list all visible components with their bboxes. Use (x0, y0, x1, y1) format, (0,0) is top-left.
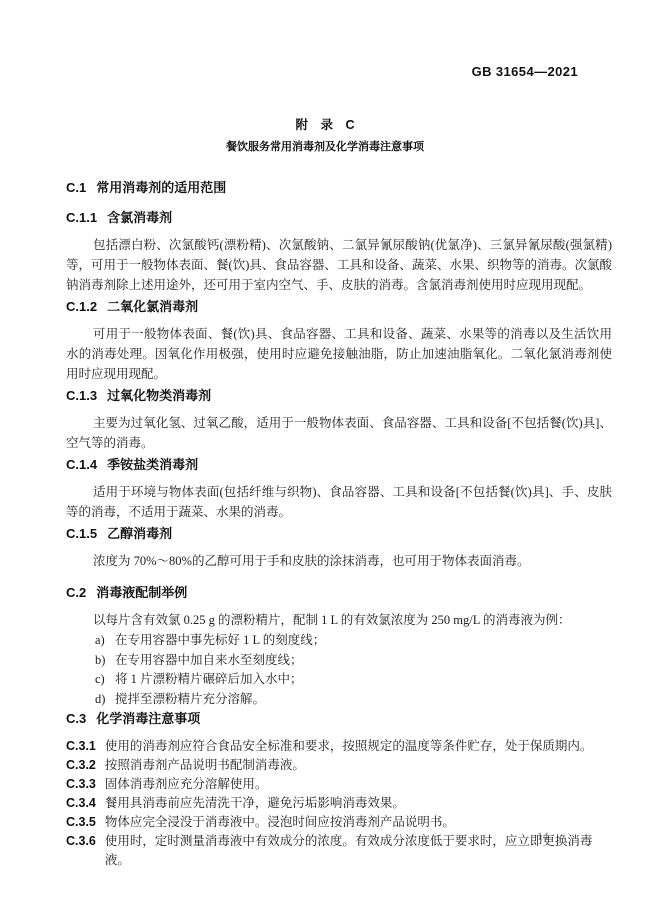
section-heading-c3: C.3 化学消毒注意事项 (66, 709, 612, 729)
section-title: 季铵盐类消毒剂 (107, 455, 198, 475)
note-item: C.3.3 固体消毒剂应充分溶解使用。 (66, 775, 612, 794)
note-number: C.3.2 (66, 756, 96, 775)
page-number: 14 (537, 831, 549, 843)
section-number: C.3 (66, 709, 86, 729)
list-item-text: 在专用容器中事先标好 1 L 的刻度线； (115, 631, 325, 651)
document-page: GB 31654—2021 附 录 C 餐饮服务常用消毒剂及化学消毒注意事项 C… (0, 0, 650, 919)
note-item: C.3.1 使用的消毒剂应符合食品安全标准和要求，按照规定的温度等条件贮存，处于… (66, 737, 612, 756)
note-number: C.3.3 (66, 775, 96, 794)
list-item-label: b) (95, 651, 115, 671)
section-heading-c2: C.2 消毒液配制举例 (66, 583, 612, 603)
section-heading-c1-3: C.1.3 过氧化物类消毒剂 (66, 386, 612, 406)
list-item: d) 搅拌至漂粉精片充分溶解。 (66, 690, 612, 710)
section-title: 化学消毒注意事项 (96, 709, 200, 729)
section-title: 乙醇消毒剂 (107, 524, 172, 544)
appendix-title-block: 附 录 C 餐饮服务常用消毒剂及化学消毒注意事项 (66, 0, 612, 158)
list-item: b) 在专用容器中加自来水至刻度线； (66, 651, 612, 671)
section-number: C.1.5 (66, 524, 97, 544)
list-item: c) 将 1 片漂粉精片碾碎后加入水中； (66, 670, 612, 690)
list-item: a) 在专用容器中事先标好 1 L 的刻度线； (66, 631, 612, 651)
note-text: 使用时，定时测量消毒液中有效成分的浓度。有效成分浓度低于要求时，应立即更换消毒液… (105, 832, 612, 870)
procedure-list: a) 在专用容器中事先标好 1 L 的刻度线； b) 在专用容器中加自来水至刻度… (66, 631, 612, 709)
paragraph-c2-intro: 以每片含有效氯 0.25 g 的漂粉精片，配制 1 L 的有效氯浓度为 250 … (66, 610, 612, 630)
section-number: C.2 (66, 583, 86, 603)
section-number: C.1.4 (66, 455, 97, 475)
page-content: 附 录 C 餐饮服务常用消毒剂及化学消毒注意事项 C.1 常用消毒剂的适用范围 … (66, 0, 612, 870)
section-title: 过氧化物类消毒剂 (107, 386, 211, 406)
list-item-text: 搅拌至漂粉精片充分溶解。 (115, 690, 265, 710)
section-title: 消毒液配制举例 (96, 583, 187, 603)
section-title: 常用消毒剂的适用范围 (96, 178, 226, 198)
note-item: C.3.6 使用时，定时测量消毒液中有效成分的浓度。有效成分浓度低于要求时，应立… (66, 832, 612, 870)
note-number: C.3.4 (66, 794, 96, 813)
section-heading-c1: C.1 常用消毒剂的适用范围 (66, 178, 612, 198)
section-heading-c1-5: C.1.5 乙醇消毒剂 (66, 524, 612, 544)
notes-list: C.3.1 使用的消毒剂应符合食品安全标准和要求，按照规定的温度等条件贮存，处于… (66, 737, 612, 870)
list-item-label: a) (95, 631, 115, 651)
note-text: 固体消毒剂应充分溶解使用。 (105, 775, 268, 794)
section-heading-c1-4: C.1.4 季铵盐类消毒剂 (66, 455, 612, 475)
note-item: C.3.4 餐用具消毒前应先清洗干净，避免污垢影响消毒效果。 (66, 794, 612, 813)
note-number: C.3.1 (66, 737, 96, 756)
list-item-text: 在专用容器中加自来水至刻度线； (115, 651, 303, 671)
paragraph-c1-5: 浓度为 70%～80%的乙醇可用于手和皮肤的涂抹消毒，也可用于物体表面消毒。 (66, 551, 612, 571)
paragraph-c1-4: 适用于环境与物体表面(包括纤维与织物)、食品容器、工具和设备[不包括餐(饮)具]… (66, 482, 612, 522)
note-text: 物体应完全浸没于消毒液中。浸泡时间应按消毒剂产品说明书。 (105, 813, 455, 832)
note-item: C.3.5 物体应完全浸没于消毒液中。浸泡时间应按消毒剂产品说明书。 (66, 813, 612, 832)
section-number: C.1.2 (66, 297, 97, 317)
list-item-label: d) (95, 690, 115, 710)
section-title: 含氯消毒剂 (107, 208, 172, 228)
note-number: C.3.5 (66, 813, 96, 832)
section-heading-c1-1: C.1.1 含氯消毒剂 (66, 208, 612, 228)
appendix-subtitle: 餐饮服务常用消毒剂及化学消毒注意事项 (66, 136, 584, 158)
paragraph-c1-3: 主要为过氧化氢、过氧乙酸，适用于一般物体表面、食品容器、工具和设备[不包括餐(饮… (66, 413, 612, 453)
section-number: C.1.3 (66, 386, 97, 406)
note-text: 餐用具消毒前应先清洗干净，避免污垢影响消毒效果。 (105, 794, 405, 813)
section-number: C.1.1 (66, 208, 97, 228)
appendix-title: 附 录 C (66, 114, 584, 136)
section-number: C.1 (66, 178, 86, 198)
paragraph-c1-2: 可用于一般物体表面、餐(饮)具、食品容器、工具和设备、蔬菜、水果等的消毒以及生活… (66, 324, 612, 384)
section-heading-c1-2: C.1.2 二氧化氯消毒剂 (66, 297, 612, 317)
note-item: C.3.2 按照消毒剂产品说明书配制消毒液。 (66, 756, 612, 775)
list-item-text: 将 1 片漂粉精片碾碎后加入水中； (115, 670, 303, 690)
note-number: C.3.6 (66, 832, 96, 870)
note-text: 使用的消毒剂应符合食品安全标准和要求，按照规定的温度等条件贮存，处于保质期内。 (105, 737, 593, 756)
paragraph-c1-1: 包括漂白粉、次氯酸钙(漂粉精)、次氯酸钠、二氯异氰尿酸钠(优氯净)、三氯异氰尿酸… (66, 235, 612, 295)
section-title: 二氧化氯消毒剂 (107, 297, 198, 317)
note-text: 按照消毒剂产品说明书配制消毒液。 (105, 756, 305, 775)
list-item-label: c) (95, 670, 115, 690)
